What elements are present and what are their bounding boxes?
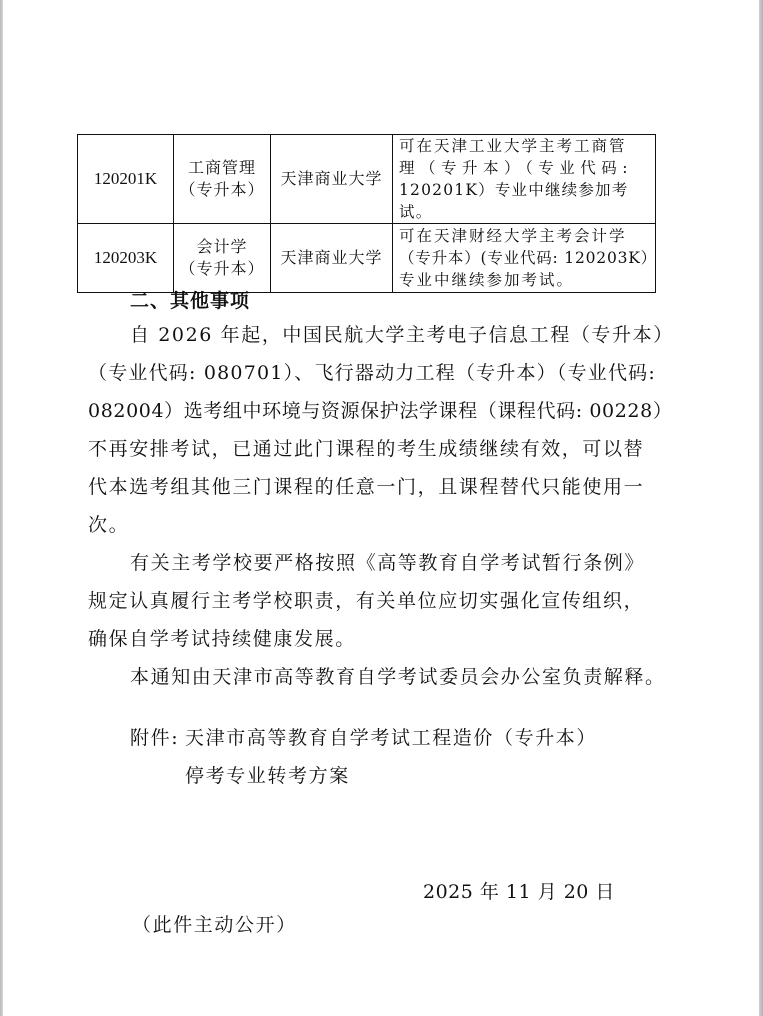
major-name: 工商管理 [174,157,270,179]
paragraph-line: 规定认真履行主考学校职责，有关单位应切实强化宣传组织， [88,586,644,613]
note-line: （专升本）(专业代码: 120203K） [399,247,651,269]
school-cell: 天津商业大学 [271,224,393,293]
attachment-title-continued: 停考专业转考方案 [185,761,350,788]
note-line: 专业中继续参加考试。 [399,269,651,291]
major-name: 会计学 [174,236,270,258]
paragraph-line: 082004）选考组中环境与资源保护法学课程（课程代码: 00228） [88,396,672,423]
note-cell: 可在天津工业大学主考工商管 理（专升本）（专业代码: 120201K）专业中继续… [393,135,656,224]
attachment-label: 附件: [130,723,179,750]
major-code-cell: 120203K [78,224,174,293]
major-code-cell: 120201K [78,135,174,224]
document-date: 2025 年 11 月 20 日 [423,877,615,904]
paragraph-line: 不再安排考试，已通过此门课程的考生成绩继续有效，可以替 [88,434,644,461]
note-cell: 可在天津财经大学主考会计学 （专升本）(专业代码: 120203K） 专业中继续… [393,224,656,293]
section-heading: 二、其他事项 [130,286,250,313]
disclosure-note: （此件主动公开） [132,910,297,937]
table-row: 120201K 工商管理 （专升本） 天津商业大学 可在天津工业大学主考工商管 … [78,135,656,224]
table-row: 120203K 会计学 （专升本） 天津商业大学 可在天津财经大学主考会计学 （… [78,224,656,293]
paragraph-line: 有关主考学校要严格按照《高等教育自学考试暂行条例》 [130,548,645,575]
note-line: 理（专升本）（专业代码: [399,157,651,179]
school-cell: 天津商业大学 [271,135,393,224]
paragraph-line: 本通知由天津市高等教育自学考试委员会办公室负责解释。 [130,662,666,689]
note-line: 120201K）专业中继续参加考试。 [399,179,651,223]
note-line: 可在天津工业大学主考工商管 [399,135,651,157]
major-name-cell: 工商管理 （专升本） [174,135,271,224]
attachment-title: 天津市高等教育自学考试工程造价（专升本） [185,723,597,750]
major-level: （专升本） [174,179,270,201]
paragraph-line: 自 2026 年起，中国民航大学主考电子信息工程（专升本） [130,320,674,347]
paragraph-line: 确保自学考试持续健康发展。 [88,624,356,651]
note-line: 可在天津财经大学主考会计学 [399,225,651,247]
major-transfer-table: 120201K 工商管理 （专升本） 天津商业大学 可在天津工业大学主考工商管 … [77,134,656,293]
major-level: （专升本） [174,258,270,280]
paragraph-line: 代本选考组其他三门课程的任意一门，且课程替代只能使用一 [88,472,644,499]
paragraph-line: （专业代码: 080701）、飞行器动力工程（专升本）（专业代码: [88,358,656,385]
paragraph-line: 次。 [88,510,129,537]
page-edge-right [759,0,763,1016]
major-name-cell: 会计学 （专升本） [174,224,271,293]
